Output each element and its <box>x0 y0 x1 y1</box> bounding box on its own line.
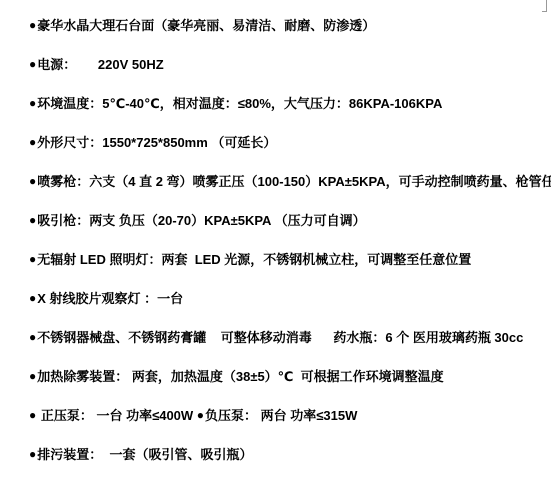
bullet-icon: ● <box>29 370 36 382</box>
spec-text: X 射线胶片观察灯 ：一台 <box>37 288 183 307</box>
bullet-icon: ● <box>197 409 204 421</box>
spec-line: ●加热除雾装置： 两套，加热温度（38±5）℃ 可根据工作环境调整温度 <box>29 356 543 395</box>
bullet-icon: ● <box>29 409 36 421</box>
bullet-icon: ● <box>29 175 36 187</box>
spec-list: ●豪华水晶大理石台面（豪华亮丽、易清洁、耐磨、防渗透）●电源： 220V 50H… <box>29 5 543 473</box>
spec-text: 电源： 220V 50HZ <box>37 54 163 73</box>
bullet-icon: ● <box>29 58 36 70</box>
spec-text: 排污装置： 一套（吸引管、吸引瓶） <box>37 444 252 463</box>
spec-text: 不锈钢器械盘、不锈钢药膏罐 可整体移动消毒 药水瓶：6 个 医用玻璃药瓶 30c… <box>37 327 523 346</box>
document-page: ●豪华水晶大理石台面（豪华亮丽、易清洁、耐磨、防渗透）●电源： 220V 50H… <box>0 0 551 494</box>
spec-line: ●电源： 220V 50HZ <box>29 44 543 83</box>
spec-line: ●无辐射 LED 照明灯：两套 LED 光源，不锈钢机械立柱，可调整至任意位置 <box>29 239 543 278</box>
spec-text: 吸引枪：两支 负压（20-70）KPA±5KPA （压力可自调） <box>37 210 365 229</box>
bullet-icon: ● <box>29 253 36 265</box>
spec-text: 负压泵： 两台 功率≤315W <box>205 405 357 424</box>
spec-text: 正压泵： 一台 功率≤400W <box>37 405 197 424</box>
spec-line: ●豪华水晶大理石台面（豪华亮丽、易清洁、耐磨、防渗透） <box>29 5 543 44</box>
spec-line: ●不锈钢器械盘、不锈钢药膏罐 可整体移动消毒 药水瓶：6 个 医用玻璃药瓶 30… <box>29 317 543 356</box>
spec-line: ●吸引枪：两支 负压（20-70）KPA±5KPA （压力可自调） <box>29 200 543 239</box>
spec-line: ●X 射线胶片观察灯 ：一台 <box>29 278 543 317</box>
bullet-icon: ● <box>29 331 36 343</box>
bullet-icon: ● <box>29 292 36 304</box>
spec-line: ●排污装置： 一套（吸引管、吸引瓶） <box>29 434 543 473</box>
spec-line: ●外形尺寸：1550*725*850mm （可延长） <box>29 122 543 161</box>
spec-text: 外形尺寸：1550*725*850mm （可延长） <box>37 132 276 151</box>
spec-text: 无辐射 LED 照明灯：两套 LED 光源，不锈钢机械立柱，可调整至任意位置 <box>37 249 471 268</box>
spec-text: 喷雾枪：六支（4 直 2 弯）喷雾正压（100-150）KPA±5KPA，可手动… <box>37 171 551 190</box>
spec-text: 加热除雾装置： 两套，加热温度（38±5）℃ 可根据工作环境调整温度 <box>37 366 443 385</box>
spec-line: ● 正压泵： 一台 功率≤400W ●负压泵： 两台 功率≤315W <box>29 395 543 434</box>
spec-text: 豪华水晶大理石台面（豪华亮丽、易清洁、耐磨、防渗透） <box>37 15 375 34</box>
table-border-fragment-horizontal <box>542 11 547 12</box>
bullet-icon: ● <box>29 19 36 31</box>
spec-line: ●环境温度：5℃-40℃，相对温度：≤80%，大气压力：86KPA-106KPA <box>29 83 543 122</box>
spec-line: ●喷雾枪：六支（4 直 2 弯）喷雾正压（100-150）KPA±5KPA，可手… <box>29 161 543 200</box>
bullet-icon: ● <box>29 136 36 148</box>
bullet-icon: ● <box>29 214 36 226</box>
bullet-icon: ● <box>29 97 36 109</box>
bullet-icon: ● <box>29 448 36 460</box>
spec-text: 环境温度：5℃-40℃，相对温度：≤80%，大气压力：86KPA-106KPA <box>37 93 442 112</box>
